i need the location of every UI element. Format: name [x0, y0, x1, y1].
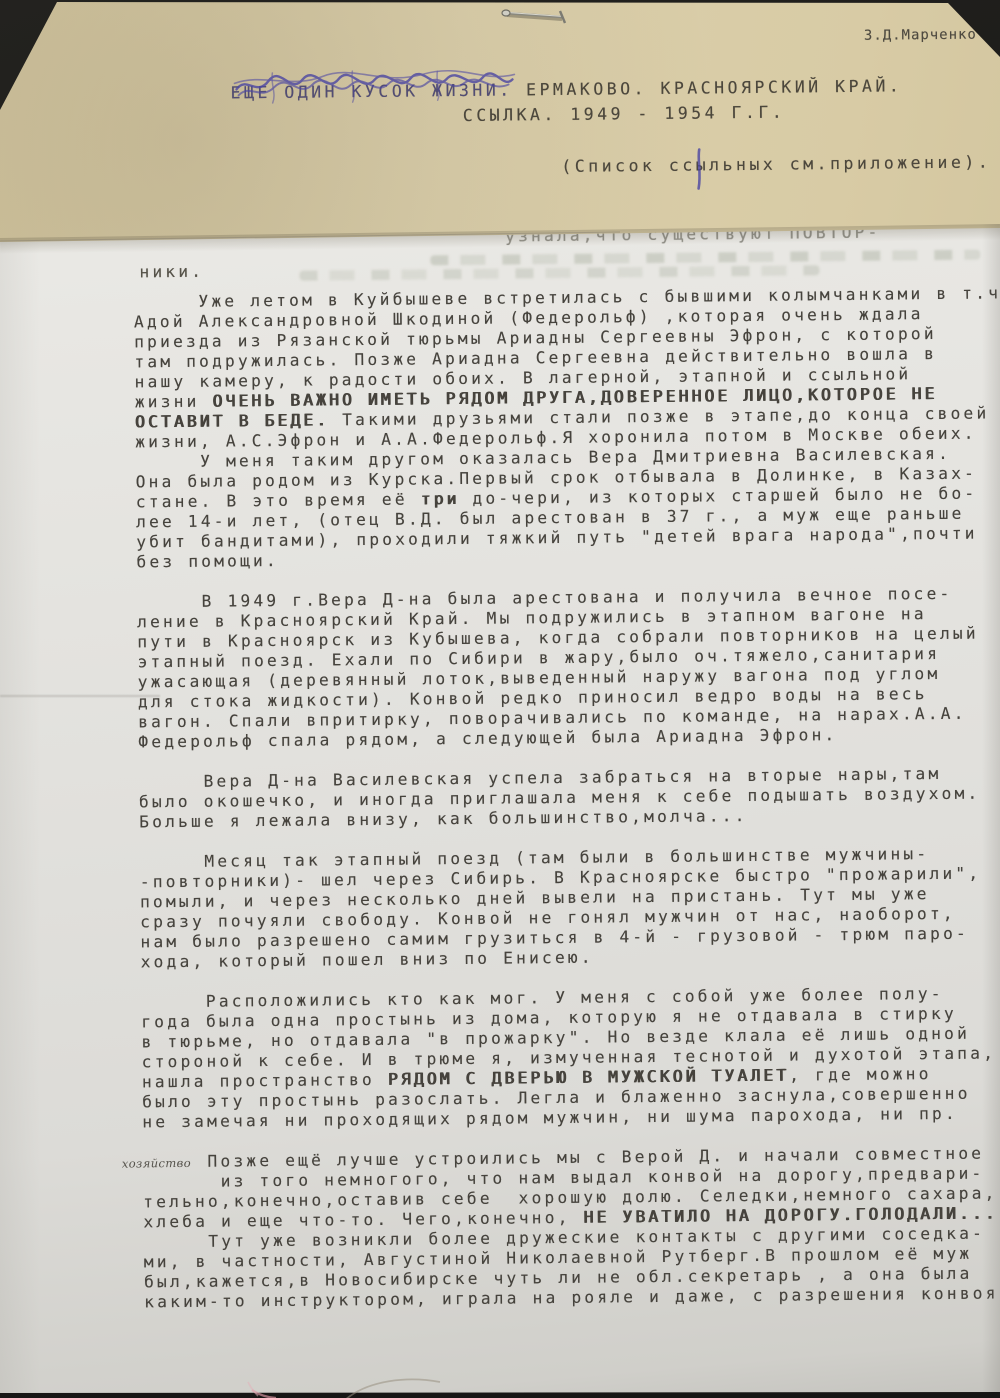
scanned-typescript-page: узнала,что существуют ПОВТОР- З.Д.Марчен… [0, 0, 1000, 1398]
pencil-marks [0, 0, 1000, 1398]
